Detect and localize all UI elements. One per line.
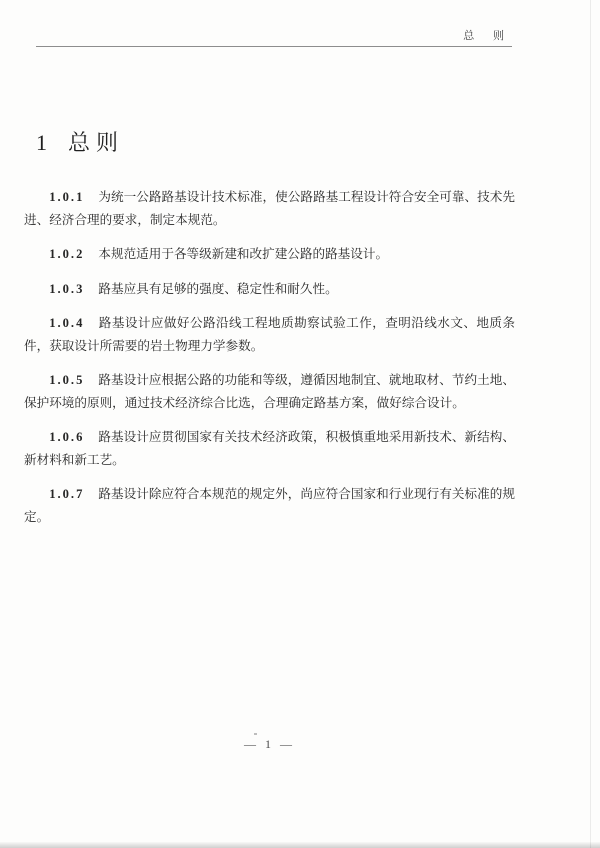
running-header-title: 总 则 — [463, 27, 512, 43]
clause-number: 1.0.2 — [49, 247, 84, 261]
chapter-title-text: 总则 — [68, 130, 124, 155]
clause-number: 1.0.6 — [49, 430, 84, 444]
clause-text: 路基设计除应符合本规范的规定外，尚应符合国家和行业现行有关标准的规定。 — [24, 487, 515, 524]
header-rule — [36, 46, 512, 47]
scan-bottom-shadow — [0, 842, 600, 848]
clause-1-0-7: 1.0.7路基设计除应符合本规范的规定外，尚应符合国家和行业现行有关标准的规定。 — [24, 483, 515, 528]
clause-number: 1.0.3 — [49, 282, 84, 296]
clause-number: 1.0.1 — [49, 190, 84, 204]
clause-text: 路基设计应根据公路的功能和等级，遵循因地制宜、就地取材、节约土地、保护环境的原则… — [24, 373, 515, 410]
page-number: — 1 — — [24, 737, 515, 752]
chapter-title: 1总则 — [36, 126, 124, 157]
clause-text: 路基设计应贯彻国家有关技术经济政策，积极慎重地采用新技术、新结构、新材料和新工艺… — [24, 430, 515, 467]
clause-text: 为统一公路路基设计技术标准，使公路路基工程设计符合安全可靠、技术先进、经济合理的… — [24, 190, 515, 227]
clause-1-0-4: 1.0.4路基设计应做好公路沿线工程地质勘察试验工作，查明沿线水文、地质条件，获… — [24, 312, 515, 357]
clause-number: 1.0.5 — [49, 373, 84, 387]
clause-1-0-6: 1.0.6路基设计应贯彻国家有关技术经济政策，积极慎重地采用新技术、新结构、新材… — [24, 426, 515, 471]
clause-1-0-3: 1.0.3路基应具有足够的强度、稳定性和耐久性。 — [24, 278, 515, 301]
scan-speck — [254, 733, 257, 735]
clause-1-0-2: 1.0.2本规范适用于各等级新建和改扩建公路的路基设计。 — [24, 243, 515, 266]
clause-number: 1.0.7 — [49, 487, 84, 501]
clause-text: 路基应具有足够的强度、稳定性和耐久性。 — [98, 282, 337, 296]
clause-1-0-5: 1.0.5路基设计应根据公路的功能和等级，遵循因地制宜、就地取材、节约土地、保护… — [24, 369, 515, 414]
clause-text: 路基设计应做好公路沿线工程地质勘察试验工作，查明沿线水文、地质条件，获取设计所需… — [24, 316, 515, 353]
chapter-number: 1 — [36, 130, 48, 156]
body-text: 1.0.1为统一公路路基设计技术标准，使公路路基工程设计符合安全可靠、技术先进、… — [24, 186, 515, 540]
scan-edge-line — [590, 0, 591, 848]
document-page: 总 则 1总则 1.0.1为统一公路路基设计技术标准，使公路路基工程设计符合安全… — [0, 0, 600, 848]
clause-1-0-1: 1.0.1为统一公路路基设计技术标准，使公路路基工程设计符合安全可靠、技术先进、… — [24, 186, 515, 231]
clause-text: 本规范适用于各等级新建和改扩建公路的路基设计。 — [98, 247, 388, 261]
clause-number: 1.0.4 — [49, 316, 84, 330]
